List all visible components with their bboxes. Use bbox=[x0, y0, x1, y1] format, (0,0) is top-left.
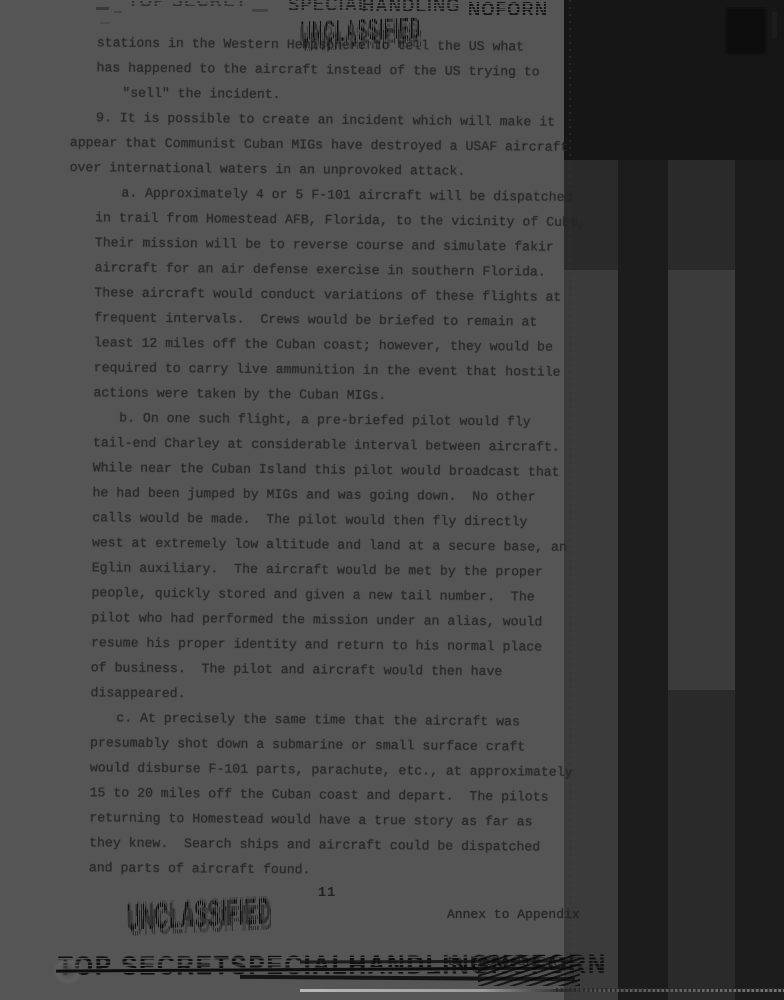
document-body: stations in the Western Hemisphere to te… bbox=[1, 29, 579, 884]
unclassified-stamp-top: UNCLASSIFIED bbox=[300, 12, 421, 51]
page-number: 11 bbox=[318, 886, 336, 901]
unclassified-stamp-bottom: UNCLASSIFIED bbox=[126, 892, 271, 940]
top-banner-noforn: NOFORN bbox=[468, 0, 548, 22]
annex-note-line1: Annex to Appendix bbox=[447, 907, 580, 923]
scribble-overlay bbox=[478, 955, 580, 986]
scan-black-mark bbox=[726, 8, 766, 54]
scan-bottom-dotted-line bbox=[556, 988, 784, 992]
top-banner-top-secret: TOP SECRET bbox=[128, 0, 247, 13]
ink-smudge bbox=[252, 9, 268, 12]
ink-smudge bbox=[100, 22, 110, 24]
scan-noise-band bbox=[556, 0, 784, 1000]
ink-smudge bbox=[114, 11, 122, 13]
ink-smudge bbox=[96, 7, 109, 10]
scanned-document-page: { "classification_banner": { "top_secret… bbox=[0, 0, 784, 1000]
bottom-banner-top-secret: TOP SECRET bbox=[58, 951, 231, 982]
